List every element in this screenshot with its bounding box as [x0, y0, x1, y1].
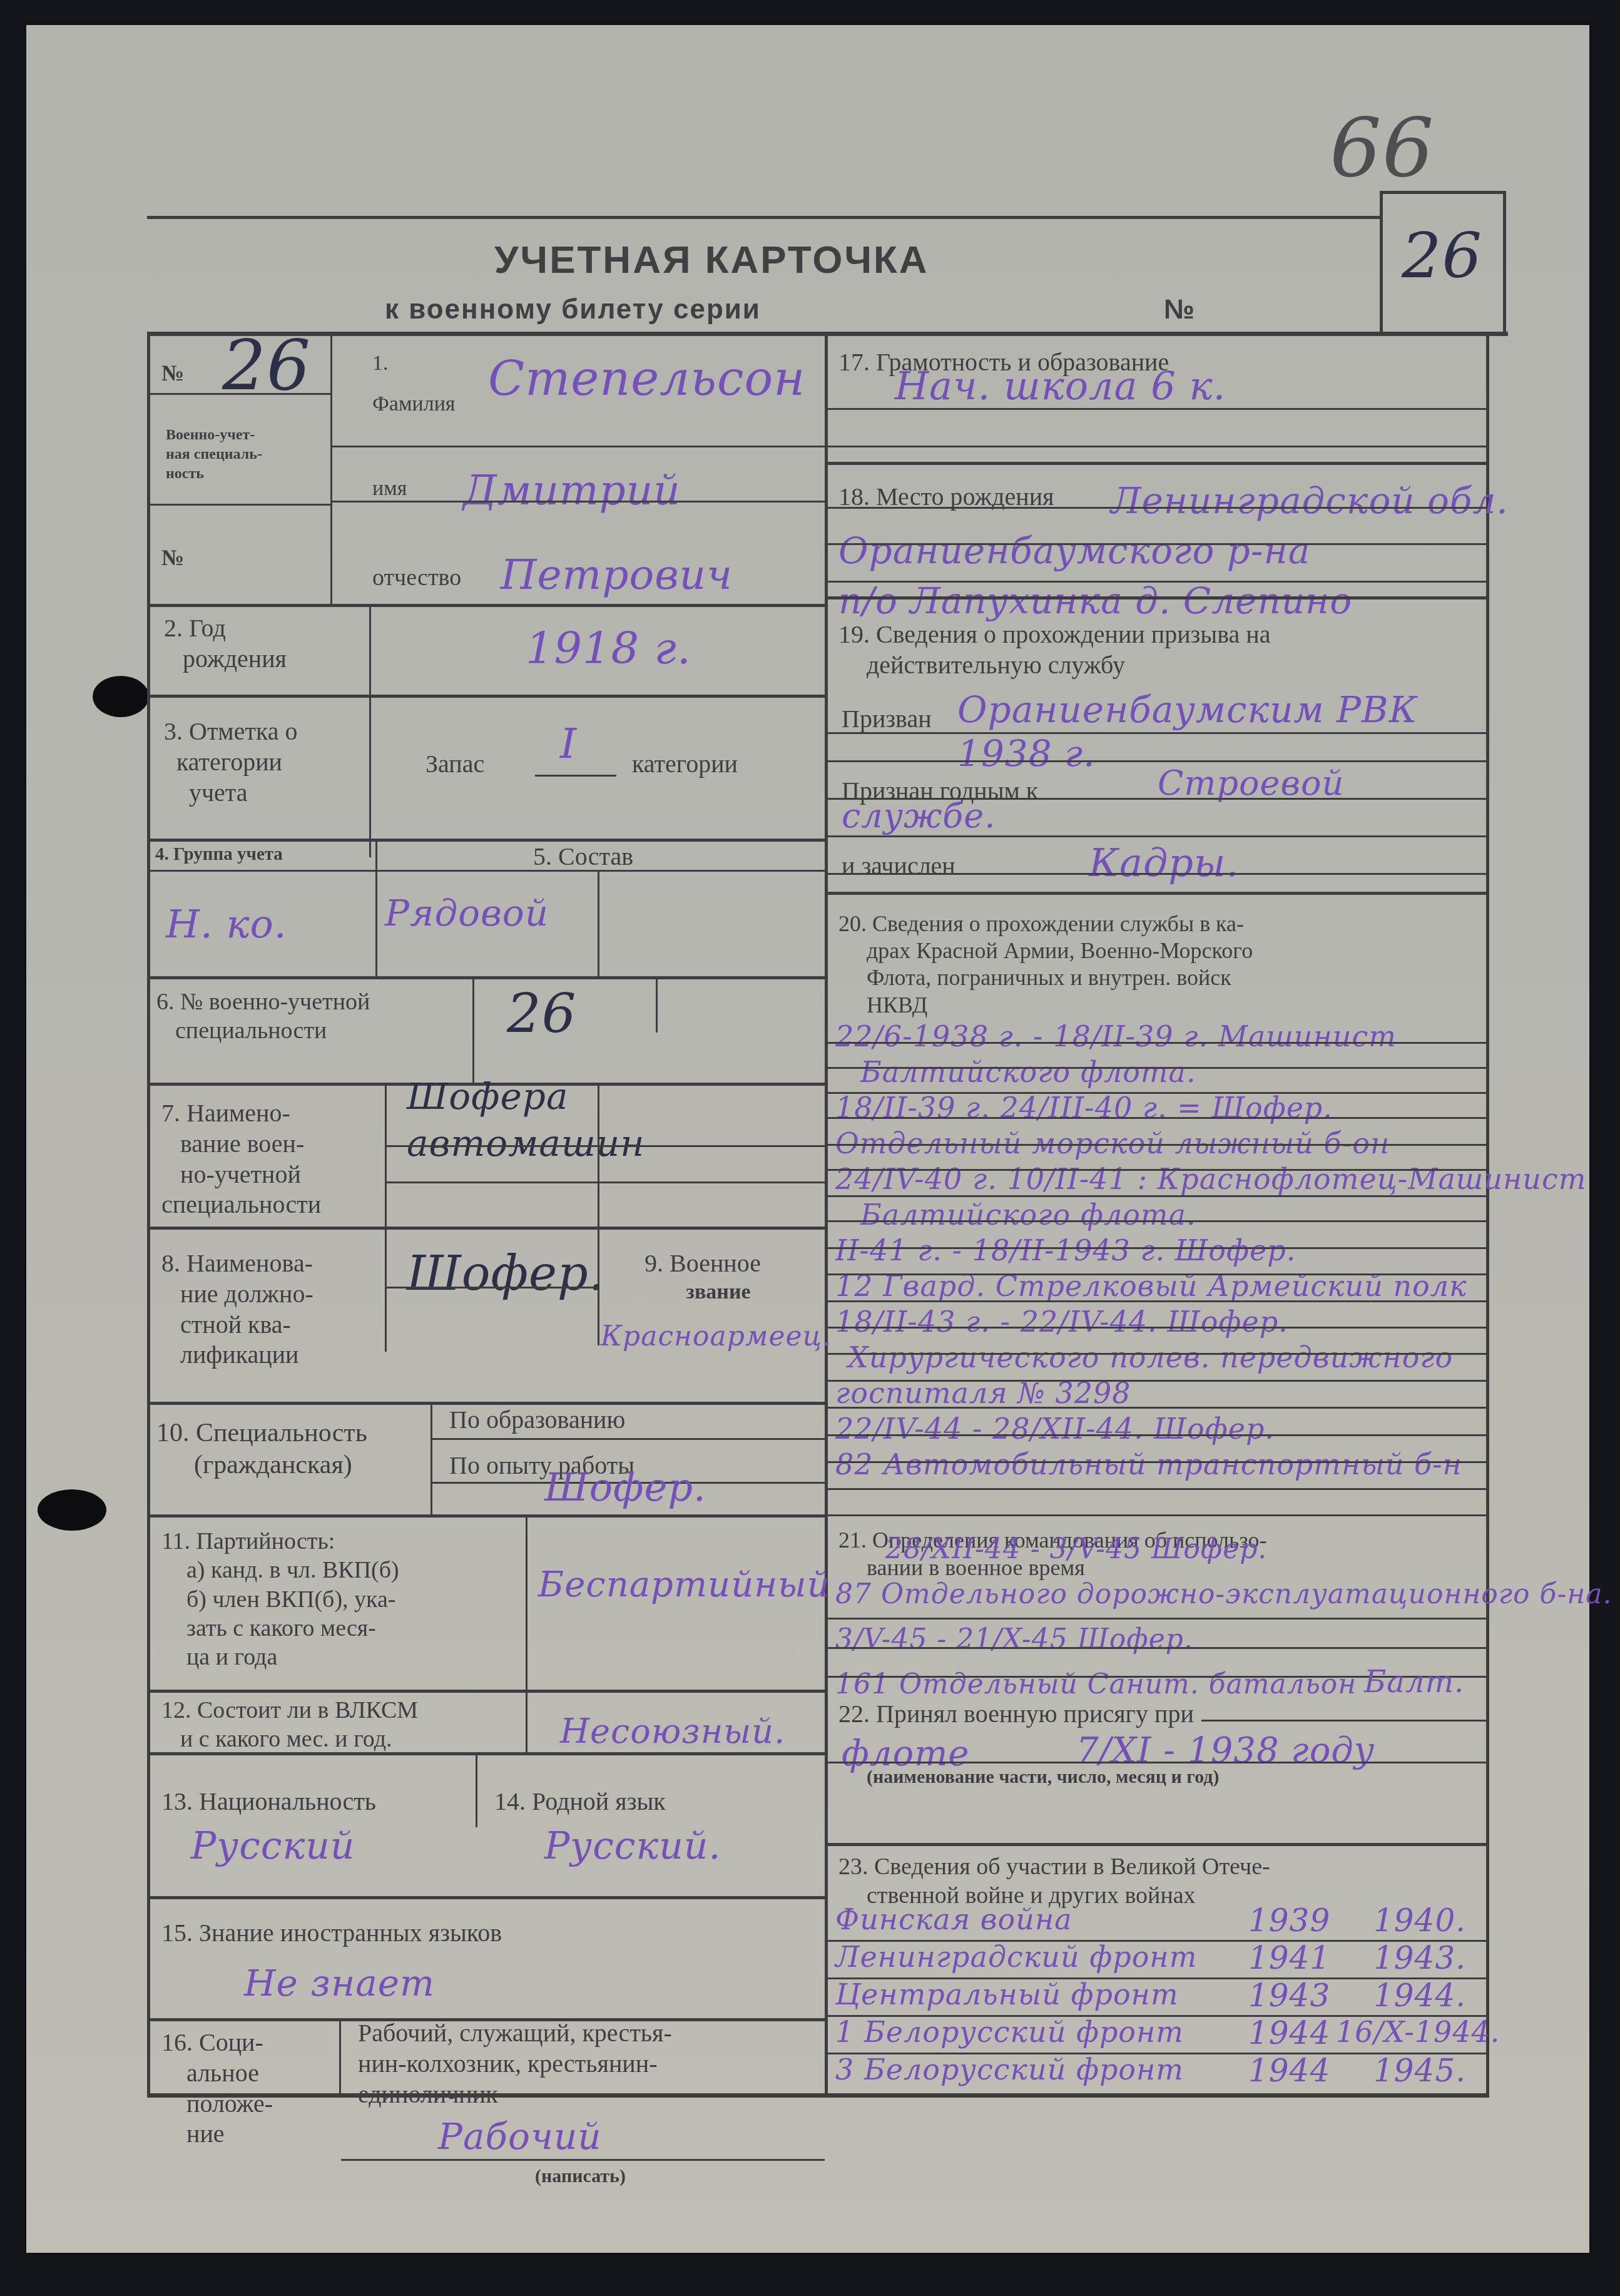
- war-from: 1939: [1248, 1902, 1330, 1939]
- divider: [149, 1690, 825, 1693]
- war-from: 1944: [1248, 2053, 1330, 2089]
- ruled-line: [826, 1247, 1486, 1249]
- by-education-label: По образованию: [449, 1405, 625, 1436]
- ruled-line: [826, 1067, 1486, 1069]
- ruled-line: [826, 1977, 1486, 1979]
- ruled-line: [826, 1273, 1486, 1275]
- divider: [149, 504, 330, 506]
- ruled-line: [826, 1618, 1486, 1620]
- divider: [369, 604, 371, 857]
- service-entry: 18/II-43 г. - 22/IV-44. Шофер.: [835, 1304, 1586, 1340]
- military-specialty-name-value: Шофера автомашин: [407, 1073, 644, 1168]
- divider: [430, 1402, 432, 1514]
- divider: [826, 835, 1486, 837]
- war-row: Финская война 1939 1940.: [835, 1902, 1486, 1940]
- oath-date-value: 7/XI - 1938 году: [1076, 1730, 1375, 1771]
- ruled-line: [826, 1762, 1486, 1763]
- divider: [375, 839, 377, 976]
- ruled-line: [826, 1647, 1486, 1649]
- war-front: Центральный фронт: [835, 1977, 1179, 2011]
- surname-label: Фамилия: [372, 391, 455, 417]
- service-entry: 22/IV-44 - 28/XII-44. Шофер.: [835, 1411, 1586, 1447]
- war-from: 1941: [1248, 1940, 1330, 1976]
- card-subtitle: к военному билету серии: [385, 294, 761, 325]
- war-to: 1943.: [1373, 1940, 1466, 1976]
- war-front: 1 Белорусский фронт: [835, 2015, 1184, 2049]
- war-from: 1944: [1248, 2015, 1330, 2051]
- birth-year-value: 1918 г.: [526, 623, 691, 674]
- party-membership-label: 11. Партийность: а) канд. в чл. ВКП(б) б…: [161, 1527, 399, 1672]
- civil-specialty-label: 10. Специальность (гражданская): [156, 1417, 367, 1481]
- patronymic-label: отчество: [372, 563, 461, 592]
- ruled-line: [826, 1092, 1486, 1094]
- ruled-line: [826, 1300, 1486, 1302]
- military-rank-value: Красноармеец.: [601, 1320, 832, 1352]
- first-name-label: имя: [372, 476, 407, 501]
- divider: [826, 543, 1486, 545]
- conscription-label: 19. Сведения о прохождении призыва на де…: [838, 620, 1271, 681]
- divider: [826, 462, 1486, 465]
- field-1-number: 1.: [372, 350, 389, 376]
- divider: [826, 596, 1486, 600]
- enlisted-value: Кадры.: [1089, 840, 1239, 885]
- ruled-line: [826, 1407, 1486, 1409]
- specialty-number-label: 6. № военно-учетной специальности: [156, 987, 370, 1046]
- party-membership-value: Беспартийный: [538, 1564, 830, 1605]
- komsomol-label: 12. Состоит ли в ВЛКСМ и с какого мес. и…: [161, 1696, 418, 1754]
- divider: [826, 1843, 1486, 1846]
- service-record-label: 20. Сведения о прохождении службы в ка- …: [838, 911, 1253, 1019]
- ruled-line: [826, 1461, 1486, 1463]
- divider: [149, 604, 825, 607]
- reserve-category-value: I: [560, 720, 577, 768]
- ruled-line: [826, 1353, 1486, 1355]
- divider: [149, 1514, 825, 1518]
- divider: [472, 976, 474, 1083]
- komsomol-value: Несоюзный.: [560, 1712, 785, 1751]
- service-entry: II-41 г. - 18/II-1943 г. Шофер.: [835, 1233, 1586, 1268]
- wartime-entry: 87 Отдельного дорожно-эксплуатационного …: [835, 1572, 1612, 1617]
- wartime-assignment-entries: 28/XII-44 - 3/V-45 Шофер. 87 Отдельного …: [835, 1527, 1612, 1707]
- ruled-line: [826, 1144, 1486, 1146]
- divider: [332, 446, 825, 447]
- divider: [149, 695, 825, 698]
- service-record-entries: 22/6-1938 г. - 18/II-39 г. Машинист Балт…: [835, 1019, 1586, 1482]
- oath-label: 22. Принял военную присягу при: [838, 1699, 1194, 1730]
- ruled-line: [826, 1380, 1486, 1382]
- military-specialty-label: Военно-учет- ная специаль- ность: [166, 426, 262, 484]
- reserve-label: Запас: [425, 749, 484, 780]
- war-row: 1 Белорусский фронт 1944 16/X-1944.: [835, 2015, 1486, 2053]
- war-row: 3 Белорусский фронт 1944 1945.: [835, 2053, 1486, 2090]
- composition-label: 5. Состав: [533, 842, 633, 872]
- wartime-entry: 28/XII-44 - 3/V-45 Шофер.: [835, 1527, 1612, 1572]
- ruled-line: [826, 1169, 1486, 1171]
- service-entry: 82 Автомобильный транспортный б-н: [835, 1447, 1586, 1482]
- header-top-rule: [147, 216, 1383, 219]
- war-row: Ленинградский фронт 1941 1943.: [835, 1940, 1486, 1977]
- write-in-hint: (написать): [535, 2165, 626, 2188]
- divider: [826, 507, 1486, 509]
- war-row: Центральный фронт 1943 1944.: [835, 1977, 1486, 2015]
- number-box-top-edge: [1380, 191, 1505, 194]
- archive-page-number: 66: [1330, 100, 1434, 195]
- divider: [598, 870, 599, 976]
- divider: [826, 581, 1486, 583]
- blank-line: [535, 775, 616, 777]
- service-entry: 24/IV-40 г. 10/II-41 : Краснофлотец-Маши…: [835, 1161, 1586, 1197]
- divider: [385, 1083, 387, 1227]
- war-from: 1943: [1248, 1977, 1330, 2014]
- divider: [387, 1287, 599, 1288]
- divider: [339, 2018, 341, 2096]
- ruled-line: [826, 1327, 1486, 1329]
- divider: [332, 501, 825, 503]
- position-qualification-label: 8. Наименова- ние должно- стной ква- лиф…: [161, 1248, 313, 1370]
- frame-left: [147, 332, 150, 2096]
- wartime-entry: 3/V-45 - 21/X-45 Шофер.: [835, 1617, 1612, 1662]
- divider: [149, 1227, 825, 1230]
- enlisted-label: и зачислен: [842, 851, 955, 882]
- war-front: Финская война: [835, 1902, 1072, 1936]
- fit-for-value: Строевой: [1158, 763, 1344, 803]
- war-to: 16/X-1944.: [1336, 2015, 1500, 2049]
- ruled-line: [826, 2015, 1486, 2017]
- service-entry: 18/II-39 г. 24/III-40 г. = Шофер.: [835, 1090, 1586, 1126]
- called-up-year-value: 1938 г.: [957, 732, 1096, 775]
- called-up-label: Призван: [842, 704, 932, 735]
- divider: [826, 892, 1486, 895]
- composition-value: Рядовой: [385, 892, 549, 934]
- ruled-line: [826, 1220, 1486, 1222]
- war-participation-table: Финская война 1939 1940. Ленинградский ф…: [835, 1902, 1486, 2090]
- service-entry: Хирургического полев. передвижного: [835, 1340, 1586, 1375]
- war-to: 1940.: [1373, 1902, 1466, 1939]
- war-to: 1944.: [1373, 1977, 1466, 2014]
- patronymic-value: Петрович: [501, 551, 733, 599]
- native-language-value: Русский.: [544, 1824, 721, 1868]
- divider: [826, 408, 1486, 410]
- ruled-line: [1201, 1720, 1486, 1722]
- called-up-by-value: Ораниенбаумским РВК: [957, 688, 1418, 731]
- no2-label: №: [161, 544, 184, 572]
- divider: [826, 446, 1486, 447]
- number-box-left-edge: [1380, 191, 1383, 335]
- specialty-number-value: 26: [507, 982, 576, 1045]
- divider: [149, 976, 825, 979]
- punch-hole: [38, 1489, 106, 1531]
- military-specialty-name-label: 7. Наимено- вание воен- но-учетной специ…: [161, 1098, 321, 1220]
- divider: [387, 1181, 825, 1183]
- war-front: Ленинградский фронт: [835, 1940, 1197, 1974]
- frame-bottom: [147, 2093, 1489, 2098]
- birthplace-value: Ленинградской обл. Ораниенбаумского р-на…: [838, 476, 1509, 626]
- divider: [149, 1896, 825, 1899]
- position-qualification-value: Шофер.: [407, 1245, 604, 1301]
- ruled-line: [826, 2053, 1486, 2054]
- first-name-value: Дмитрий: [463, 466, 681, 514]
- social-status-options: Рабочий, служащий, крестья- нин-колхозни…: [358, 2018, 672, 2110]
- oath-unit-annotation: Балт.: [1364, 1665, 1464, 1700]
- war-participation-label: 23. Сведения об участии в Великой Отече-…: [838, 1852, 1270, 1911]
- divider: [432, 1438, 825, 1440]
- divider: [385, 1227, 387, 1352]
- category-mark-label: 3. Отметка о категории учета: [164, 717, 298, 808]
- punch-hole: [93, 676, 149, 717]
- ruled-line: [826, 1488, 1486, 1490]
- war-to: 1945.: [1373, 2053, 1466, 2089]
- series-number-label: №: [1164, 294, 1195, 325]
- number-box-right-edge: [1503, 191, 1506, 335]
- divider: [826, 732, 1486, 734]
- surname-value: Степельсон: [488, 350, 805, 406]
- divider: [387, 1145, 825, 1147]
- oath-hint: (наименование части, число, месяц и год): [867, 1766, 1219, 1789]
- divider: [826, 873, 1486, 875]
- divider: [149, 870, 825, 872]
- ruled-line: [826, 1042, 1486, 1044]
- ruled-line: [826, 1195, 1486, 1197]
- foreign-languages-value: Не знает: [244, 1962, 435, 2004]
- divider: [656, 976, 658, 1033]
- divider: [476, 1752, 477, 1827]
- birth-year-label: 2. Год рождения: [164, 613, 287, 675]
- ruled-line: [826, 1514, 1486, 1516]
- education-value: Нач. школа 6 к.: [895, 363, 1226, 409]
- foreign-languages-label: 15. Знание иностранных языков: [161, 1918, 502, 1949]
- divider: [526, 1690, 527, 1752]
- group-label: 4. Группа учета: [155, 844, 283, 865]
- war-front: 3 Белорусский фронт: [835, 2053, 1184, 2086]
- divider: [826, 760, 1486, 762]
- divider: [149, 393, 330, 395]
- social-status-value: Рабочий: [438, 2115, 602, 2158]
- military-rank-label: 9. Военное звание: [644, 1248, 761, 1305]
- ruled-line: [826, 1117, 1486, 1119]
- nationality-value: Русский: [191, 1824, 355, 1868]
- divider: [341, 2159, 825, 2161]
- category-label: категории: [632, 749, 738, 780]
- service-entry: Балтийского флота.: [835, 1197, 1586, 1233]
- card-number-box: 26: [1402, 219, 1482, 292]
- native-language-label: 14. Родной язык: [494, 1787, 666, 1817]
- divider: [149, 839, 825, 842]
- card-title: УЧЕТНАЯ КАРТОЧКА: [494, 238, 929, 282]
- service-entry: Балтийского флота.: [835, 1054, 1586, 1090]
- nationality-label: 13. Национальность: [161, 1787, 376, 1817]
- ruled-line: [826, 1434, 1486, 1436]
- ruled-line: [826, 1940, 1486, 1942]
- social-status-label: 16. Соци- альное положе- ние: [161, 2028, 273, 2150]
- civil-specialty-value: Шофер.: [544, 1464, 706, 1510]
- group-value: Н. ко.: [166, 901, 287, 947]
- service-entry: 22/6-1938 г. - 18/II-39 г. Машинист: [835, 1019, 1586, 1054]
- no-label: №: [161, 360, 184, 387]
- fit-for-value-cont: службе.: [842, 796, 996, 835]
- divider: [149, 1752, 825, 1755]
- divider: [526, 1514, 527, 1690]
- divider: [330, 332, 332, 604]
